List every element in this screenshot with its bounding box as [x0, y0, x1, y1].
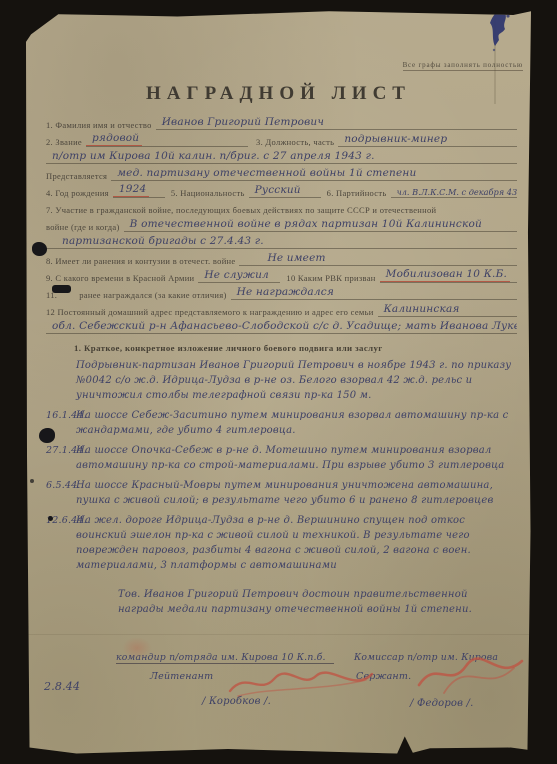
field-underline: чл. В.Л.К.С.М. с декабря 43	[391, 188, 517, 198]
corner-instruction-note: Все графы заполнять полностью	[403, 61, 523, 71]
field-value-position: подрывник-минер	[338, 134, 450, 146]
ink-blot-top-right	[487, 10, 513, 54]
feat-date: 6.5.44.	[46, 478, 81, 493]
feat-paragraph: 16.1.44. На шоссе Себеж-Заситино путем м…	[76, 408, 515, 438]
field-label-nationality: 5. Национальность	[171, 189, 245, 198]
paper-crease-horizontal	[26, 634, 531, 635]
field-value-nationality: Русский	[249, 185, 304, 197]
feat-paragraph: 12.6.44. На жел. дороге Идрица-Лудза в р…	[76, 513, 515, 573]
ink-speck	[30, 479, 34, 483]
field-label-party: 6. Партийность	[327, 189, 387, 198]
feat-paragraph: 27.1.44. На шоссе Опочка-Себеж в р-не д.…	[76, 443, 515, 473]
field-value-army-since: Не служил	[198, 270, 272, 282]
field-label-war-where: войне (где и когда)	[46, 223, 120, 232]
feat-paragraph: 6.5.44. На шоссе Красный-Мовры путем мин…	[76, 478, 515, 508]
commander-rank: Лейтенант	[150, 671, 354, 682]
feat-section-heading: 1. Краткое, конкретное изложение личного…	[74, 343, 511, 353]
field-value-address-cont: обл. Себежский р-н Афанасьево-Слободской…	[46, 321, 517, 333]
field-value-war-participation-cont: партизанской бригады с 27.4.43 г.	[46, 236, 267, 248]
red-pencil-smudge	[122, 637, 152, 659]
commissar-title: Комиссар п/отр им. Кирова	[354, 652, 506, 663]
field-label-birth-year: 4. Год рождения	[46, 189, 109, 198]
field-underline: рядовой	[86, 133, 248, 147]
ink-blackout-item11	[52, 285, 71, 293]
ink-speck	[48, 516, 53, 521]
signature-date: 2.8.44	[44, 680, 80, 693]
feat-text: На жел. дороге Идрица-Лудза в р-не д. Ве…	[76, 513, 515, 573]
form-row-war-participation-value: войне (где и когда) В отечественной войн…	[46, 215, 517, 232]
field-underline: Мобилизован 10 К.Б.	[380, 269, 517, 283]
field-label-war-participation: 7. Участие в гражданской войне, последую…	[46, 206, 436, 215]
field-underline: Не награждался	[231, 287, 517, 300]
field-value-unit: п/отр им Кирова 10й калин. п/бриг. с 27 …	[46, 151, 378, 163]
field-label-drafted-by: 10 Каким РВК призван	[286, 274, 375, 283]
field-underline: Калининская	[378, 304, 517, 317]
form-row-rank-position: 2. Звание рядовой 3. Должность, часть по…	[46, 130, 517, 147]
form-row-war-participation-label: 7. Участие в гражданской войне, последую…	[46, 198, 517, 215]
field-value-war-participation: В отечественной войне в рядах партизан 1…	[124, 219, 485, 231]
form-row-presented: Представляется мед. партизану отечествен…	[46, 164, 517, 181]
feat-text: Подрывник-партизан Иванов Григорий Петро…	[76, 358, 515, 403]
field-label-address: 12 Постоянный домашний адрес представляе…	[46, 308, 374, 317]
form-row-unit: п/отр им Кирова 10й калин. п/бриг. с 27 …	[46, 147, 517, 164]
signature-date-column: 2.8.44	[44, 647, 116, 709]
feat-text: На шоссе Красный-Мовры путем минирования…	[76, 478, 515, 508]
form-fields: 1. Фамилия имя и отчество Иванов Григори…	[46, 113, 517, 334]
feat-conclusion: Тов. Иванов Григорий Петрович достоин пр…	[118, 587, 478, 617]
field-value-name: Иванов Григорий Петрович	[156, 117, 327, 129]
feat-description: Подрывник-партизан Иванов Григорий Петро…	[76, 358, 515, 617]
feat-text: На шоссе Опочка-Себеж в р-не д. Мотешино…	[76, 443, 515, 473]
field-underline: подрывник-минер	[338, 134, 517, 147]
field-value-presented: мед. партизану отечественной войны 1й ст…	[111, 168, 419, 180]
form-row-address-cont: обл. Себежский р-н Афанасьево-Слободской…	[46, 317, 517, 334]
field-label-name: 1. Фамилия имя и отчество	[46, 121, 152, 130]
field-label-position: 3. Должность, часть	[256, 138, 334, 147]
field-underline: обл. Себежский р-н Афанасьево-Слободской…	[46, 321, 517, 334]
field-value-address: Калининская	[378, 304, 463, 316]
form-row-birth-nation-party: 4. Год рождения 1924 5. Национальность Р…	[46, 181, 517, 198]
feat-text: Тов. Иванов Григорий Петрович достоин пр…	[118, 587, 478, 617]
field-label-wounds: 8. Имеет ли ранения и контузии в отечест…	[46, 257, 235, 266]
feat-date: 16.1.44.	[46, 408, 87, 423]
ink-blot-date-27-1-44	[39, 428, 55, 443]
field-label-army-since: 9. С какого времени в Красной Армии	[46, 274, 194, 283]
commissar-name: / Федоров /.	[410, 698, 519, 709]
commander-name: / Коробков /.	[202, 696, 354, 707]
field-underline: Не имеет	[239, 253, 517, 266]
field-value-drafted-by: Мобилизован 10 К.Б.	[380, 269, 510, 282]
ink-blot-item7	[32, 242, 47, 256]
field-underline: В отечественной войне в рядах партизан 1…	[124, 219, 517, 232]
field-underline: партизанской бригады с 27.4.43 г.	[46, 236, 517, 249]
feat-paragraph: Подрывник-партизан Иванов Григорий Петро…	[76, 358, 515, 403]
field-underline: п/отр им Кирова 10й калин. п/бриг. с 27 …	[46, 151, 517, 164]
field-label-presented: Представляется	[46, 172, 107, 181]
field-underline: Русский	[249, 185, 321, 198]
form-row-wounds: 8. Имеет ли ранения и контузии в отечест…	[46, 249, 517, 266]
field-label-rank: 2. Звание	[46, 138, 82, 147]
field-underline: Не служил	[198, 270, 280, 283]
field-label-prior-awards: ранее награждался (за какие отличия)	[79, 291, 226, 300]
form-row-prior-awards: 11. ранее награждался (за какие отличия)…	[46, 283, 517, 300]
signature-block: 2.8.44 командир п/отряда им. Кирова 10 К…	[44, 647, 519, 709]
page-title: НАГРАДНОЙ ЛИСТ	[26, 83, 531, 105]
feat-text: На шоссе Себеж-Заситино путем минировани…	[76, 408, 515, 438]
field-value-birth-year: 1924	[113, 184, 150, 197]
form-row-war-participation-cont: партизанской бригады с 27.4.43 г.	[46, 232, 517, 249]
field-value-wounds: Не имеет	[239, 253, 328, 265]
feat-date: 12.6.44.	[46, 513, 87, 528]
form-row-army-service: 9. С какого времени в Красной Армии Не с…	[46, 266, 517, 283]
field-value-prior-awards: Не награждался	[231, 287, 337, 299]
feat-date: 27.1.44.	[46, 443, 87, 458]
scanner-background: Все графы заполнять полностью НАГРАДНОЙ …	[0, 0, 557, 764]
field-underline: мед. партизану отечественной войны 1й ст…	[111, 168, 517, 181]
award-sheet-page: Все графы заполнять полностью НАГРАДНОЙ …	[26, 9, 531, 755]
form-row-name: 1. Фамилия имя и отчество Иванов Григори…	[46, 113, 517, 130]
field-value-party: чл. В.Л.К.С.М. с декабря 43	[391, 188, 517, 197]
commissar-signature-column: Комиссар п/отр им. Кирова Сержант. / Фед…	[354, 647, 519, 709]
field-underline: Иванов Григорий Петрович	[156, 117, 517, 130]
field-underline: 1924	[113, 184, 165, 198]
field-value-rank: рядовой	[86, 133, 142, 146]
commissar-rank: Сержант.	[356, 671, 519, 682]
form-row-address: 12 Постоянный домашний адрес представляе…	[46, 300, 517, 317]
